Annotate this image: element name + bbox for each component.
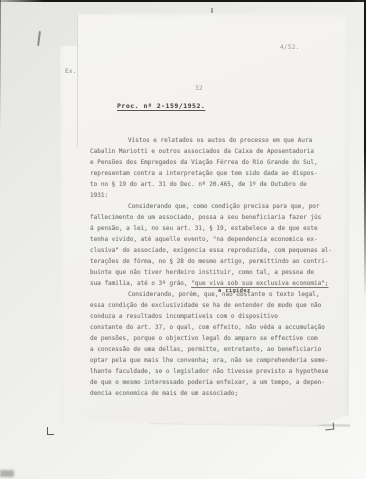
body-line: á pensão, a lei, no seu art. 31, § 19, e… xyxy=(90,223,322,234)
scan-edge-left xyxy=(0,0,1,130)
body-line: tenha vivido, até aquelle evento, "na de… xyxy=(90,234,322,245)
pen-stroke-mark xyxy=(37,31,41,46)
document-body: Vistos e relatados os autos do processo … xyxy=(90,135,322,399)
process-heading: Proc. nº 2-159/1952. xyxy=(117,102,205,110)
body-line: Cabalin Mariotti e outros associados da … xyxy=(90,146,322,157)
body-line: clusiva" do associado, exigencia essa re… xyxy=(90,245,322,256)
body-line: essa condição de exclusividade se ha de … xyxy=(90,300,322,311)
body-line: Considerando que, como condição precisa … xyxy=(90,201,322,212)
crop-corner-mark-bottom-left xyxy=(47,427,54,435)
body-line: Vistos e relatados os autos do processo … xyxy=(90,135,322,146)
corner-reference: 4/52. xyxy=(280,44,300,51)
body-line: de pensões, porque o objectivo legal do … xyxy=(90,333,322,344)
handwritten-interline-annotation: a rigidez xyxy=(218,288,251,294)
body-line: Considerando, porém, que, não obstante o… xyxy=(90,289,322,300)
body-line: a concessão de uma dellas, permitte, ent… xyxy=(90,344,322,355)
body-line: de que o mesmo interessado poderia enfei… xyxy=(90,377,322,388)
typewritten-page: 4/52. Ex. 32 Proc. nº 2-159/1952. Vistos… xyxy=(58,12,349,428)
body-line: constante do art. 37, o qual, com effeit… xyxy=(90,322,322,333)
body-line: fallecimento de um associado, possa a se… xyxy=(90,212,322,223)
body-line: dencia economica de mais de um associado… xyxy=(90,388,322,399)
body-line: 1931: xyxy=(90,190,322,201)
body-line: lhante faculdade, se o legislador não ti… xyxy=(90,366,322,377)
body-line: buinte que não tiver herdeiro instituir,… xyxy=(90,267,322,278)
body-line: conduza a resultados incompativeis com o… xyxy=(90,311,322,322)
body-line: terações de fórma, no § 28 do mesmo arti… xyxy=(90,256,322,267)
margin-note: Ex. xyxy=(65,68,77,75)
page-number: 32 xyxy=(195,85,203,92)
body-line: e Pensões dos Empregados da Viação Férre… xyxy=(90,157,322,168)
quoted-phrase-prefix: sua familia, até o 3º gráo, xyxy=(90,280,191,287)
scan-edge-top xyxy=(0,0,366,2)
body-line: representam contra a interpretação que t… xyxy=(90,168,322,179)
page-crease xyxy=(77,15,78,147)
underlined-phrase: "que viva sob sua exclusiva economia"; xyxy=(191,280,328,287)
body-line: to no § 19 do art. 31 do Dec. nº 20.465,… xyxy=(90,179,322,190)
scan-smudge xyxy=(0,470,14,477)
scanned-document-photo: + 4/52. Ex. 32 Proc. nº 2-159/1952. Vist… xyxy=(0,0,366,479)
body-line: sua familia, até o 3º gráo, "que viva so… xyxy=(90,278,322,289)
body-line: optar pela que mais lhe convenha; ora, n… xyxy=(90,355,322,366)
